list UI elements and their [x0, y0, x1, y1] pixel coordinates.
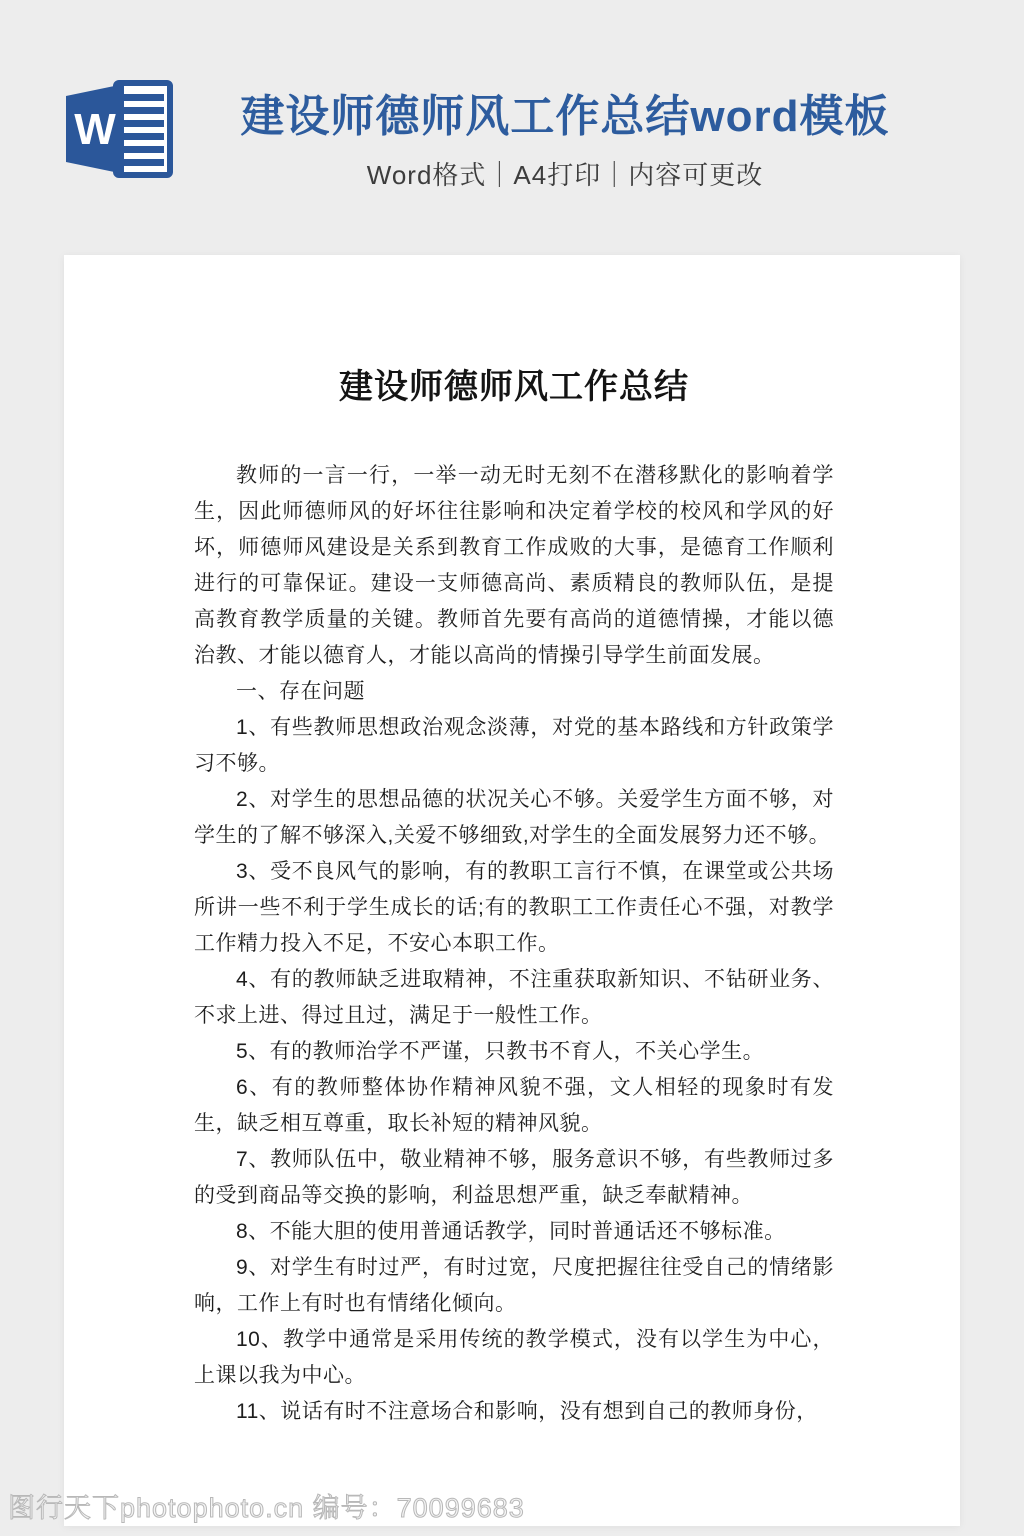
- document-title: 建设师德师风工作总结: [194, 359, 834, 408]
- template-title: 建设师德师风工作总结word模板: [106, 92, 1024, 143]
- doc-paragraph-item-2: 2、对学生的思想品德的状况关心不够。关爱学生方面不够，对学生的了解不够深入,关爱…: [194, 782, 834, 854]
- template-subtitle: Word格式｜A4打印｜内容可更改: [106, 155, 1024, 192]
- doc-paragraph-item-9: 9、对学生有时过严，有时过宽，尺度把握往往受自己的情绪影响，工作上有时也有情绪化…: [194, 1250, 834, 1322]
- doc-paragraph-intro: 教师的一言一行，一举一动无时无刻不在潜移默化的影响着学生，因此师德师风的好坏往往…: [194, 458, 834, 674]
- doc-paragraph-item-5: 5、有的教师治学不严谨，只教书不育人，不关心学生。: [194, 1034, 834, 1070]
- site-watermark: 图行天下photophoto.cn 编号：70099683: [8, 1486, 525, 1525]
- doc-paragraph-item-7: 7、教师队伍中，敬业精神不够，服务意识不够，有些教师过多的受到商品等交换的影响，…: [194, 1142, 834, 1214]
- document-content: 建设师德师风工作总结 教师的一言一行，一举一动无时无刻不在潜移默化的影响着学生，…: [64, 255, 960, 1430]
- doc-paragraph-item-11: 11、说话有时不注意场合和影响，没有想到自己的教师身份，: [194, 1394, 834, 1430]
- document-body: 教师的一言一行，一举一动无时无刻不在潜移默化的影响着学生，因此师德师风的好坏往往…: [194, 458, 834, 1430]
- doc-heading-problems: 一、存在问题: [194, 674, 834, 710]
- doc-paragraph-item-4: 4、有的教师缺乏进取精神，不注重获取新知识、不钻研业务、不求上进、得过且过，满足…: [194, 962, 834, 1034]
- doc-paragraph-item-1: 1、有些教师思想政治观念淡薄，对党的基本路线和方针政策学习不够。: [194, 710, 834, 782]
- doc-paragraph-item-3: 3、受不良风气的影响，有的教职工言行不慎，在课堂或公共场所讲一些不利于学生成长的…: [194, 854, 834, 962]
- doc-paragraph-item-6: 6、有的教师整体协作精神风貌不强，文人相轻的现象时有发生，缺乏相互尊重，取长补短…: [194, 1070, 834, 1142]
- doc-paragraph-item-8: 8、不能大胆的使用普通话教学，同时普通话还不够标准。: [194, 1214, 834, 1250]
- doc-paragraph-item-10: 10、教学中通常是采用传统的教学模式，没有以学生为中心，上课以我为中心。: [194, 1322, 834, 1394]
- template-header: W 建设师德师风工作总结word模板 Word格式｜A4打印｜内容可更改: [0, 0, 1024, 255]
- document-page: 建设师德师风工作总结 教师的一言一行，一举一动无时无刻不在潜移默化的影响着学生，…: [64, 255, 960, 1526]
- header-text-block: 建设师德师风工作总结word模板 Word格式｜A4打印｜内容可更改: [106, 92, 1024, 192]
- template-preview-page: { "header": { "title": "建设师德师风工作总结word模板…: [0, 0, 1024, 1536]
